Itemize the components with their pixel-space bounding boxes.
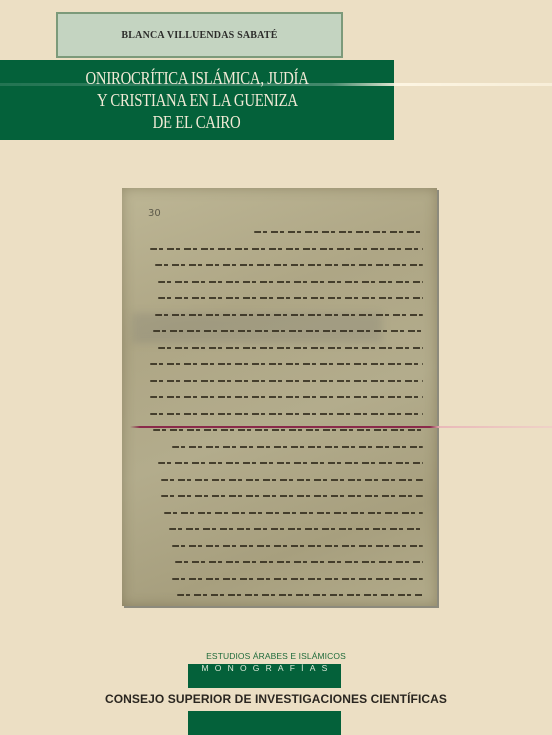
title-line-2: Y CRISTIANA EN LA GUENIZA [97,89,298,111]
title-box: ONIROCRÍTICA ISLÁMICA, JUDÍA Y CRISTIANA… [0,60,394,140]
folio-number: 30 [148,208,161,219]
author-box: BLANCA VILLUENDAS SABATÉ [56,12,343,58]
author-name: BLANCA VILLUENDAS SABATÉ [121,30,277,41]
bottom-green-block [188,711,341,735]
manuscript-image: 30 [122,188,437,606]
series-subtitle: MONOGRAFÍAS [188,663,341,673]
scan-streak-red [0,426,552,428]
publisher-name: CONSEJO SUPERIOR DE INVESTIGACIONES CIEN… [0,692,552,706]
series-name: ESTUDIOS ÁRABES E ISLÁMICOS [0,651,552,661]
manuscript-text-lines [150,224,423,604]
title-line-3: DE EL CAIRO [153,111,241,133]
scan-streak [0,83,552,86]
